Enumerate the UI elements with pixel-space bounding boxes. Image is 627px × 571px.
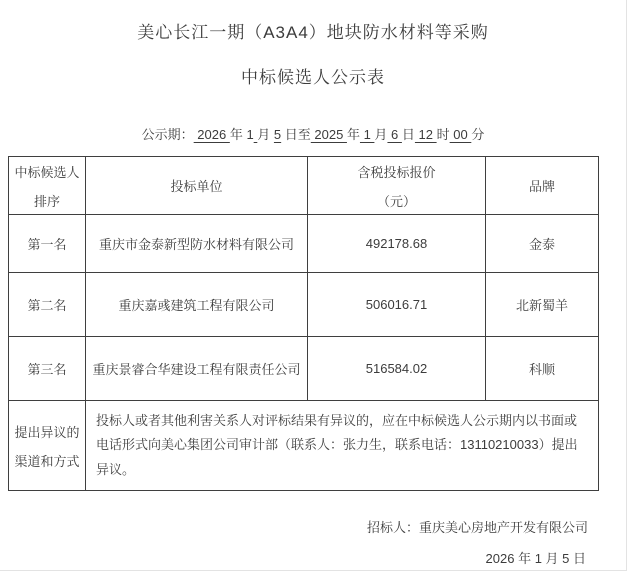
table-header-row: 中标候选人 排序 投标单位 含税投标报价 （元） 品牌	[9, 157, 599, 215]
rank-cell: 第二名	[9, 273, 86, 337]
publish-period-line: 公示期： 2026 年 1 月 5 日至 2025 年 1 月 6 日 12 时…	[0, 124, 626, 143]
publish-end-hour: 12	[415, 127, 437, 142]
table-row-third: 第三名 重庆景睿合华建设工程有限责任公司 516584.02 科顺	[9, 337, 599, 401]
tenderer-line: 招标人：重庆美心房地产开发有限公司	[0, 517, 626, 536]
bidder-cell: 重庆嘉彧建筑工程有限公司	[86, 273, 308, 337]
rank-cell: 第一名	[9, 215, 86, 273]
brand-cell: 北新蜀羊	[486, 273, 599, 337]
brand-cell: 科顺	[486, 337, 599, 401]
publish-end-month: 1	[360, 127, 374, 142]
price-cell: 492178.68	[308, 215, 486, 273]
bidder-cell: 重庆市金泰新型防水材料有限公司	[86, 215, 308, 273]
publish-end-minute: 00	[450, 127, 472, 142]
objection-row: 提出异议的 渠道和方式 投标人或者其他利害关系人对评标结果有异议的，应在中标候选…	[9, 401, 599, 491]
page-title-line1: 美心长江一期（A3A4）地块防水材料等采购	[0, 0, 626, 43]
rank-cell: 第三名	[9, 337, 86, 401]
objection-label: 提出异议的 渠道和方式	[9, 401, 86, 491]
publish-period-label: 公示期：	[142, 127, 194, 142]
publish-end-year: 2025	[311, 127, 347, 142]
announcement-page: 美心长江一期（A3A4）地块防水材料等采购 中标候选人公示表 公示期： 2026…	[0, 0, 627, 571]
publish-end-day: 6	[387, 127, 401, 142]
header-brand: 品牌	[486, 157, 599, 215]
announcement-date: 2026 年 1 月 5 日	[0, 548, 626, 567]
bidder-cell: 重庆景睿合华建设工程有限责任公司	[86, 337, 308, 401]
candidate-table: 中标候选人 排序 投标单位 含税投标报价 （元） 品牌 第一名 重庆市金泰新型防…	[8, 156, 599, 491]
publish-start-year: 2026	[194, 127, 230, 142]
table-row-first: 第一名 重庆市金泰新型防水材料有限公司 492178.68 金泰	[9, 215, 599, 273]
brand-cell: 金泰	[486, 215, 599, 273]
header-price: 含税投标报价 （元）	[308, 157, 486, 215]
header-rank: 中标候选人 排序	[9, 157, 86, 215]
page-title-line2: 中标候选人公示表	[0, 63, 626, 88]
price-cell: 516584.02	[308, 337, 486, 401]
objection-content: 投标人或者其他利害关系人对评标结果有异议的，应在中标候选人公示期内以书面或电话形…	[86, 401, 599, 491]
price-cell: 506016.71	[308, 273, 486, 337]
table-row-second: 第二名 重庆嘉彧建筑工程有限公司 506016.71 北新蜀羊	[9, 273, 599, 337]
header-bidder: 投标单位	[86, 157, 308, 215]
